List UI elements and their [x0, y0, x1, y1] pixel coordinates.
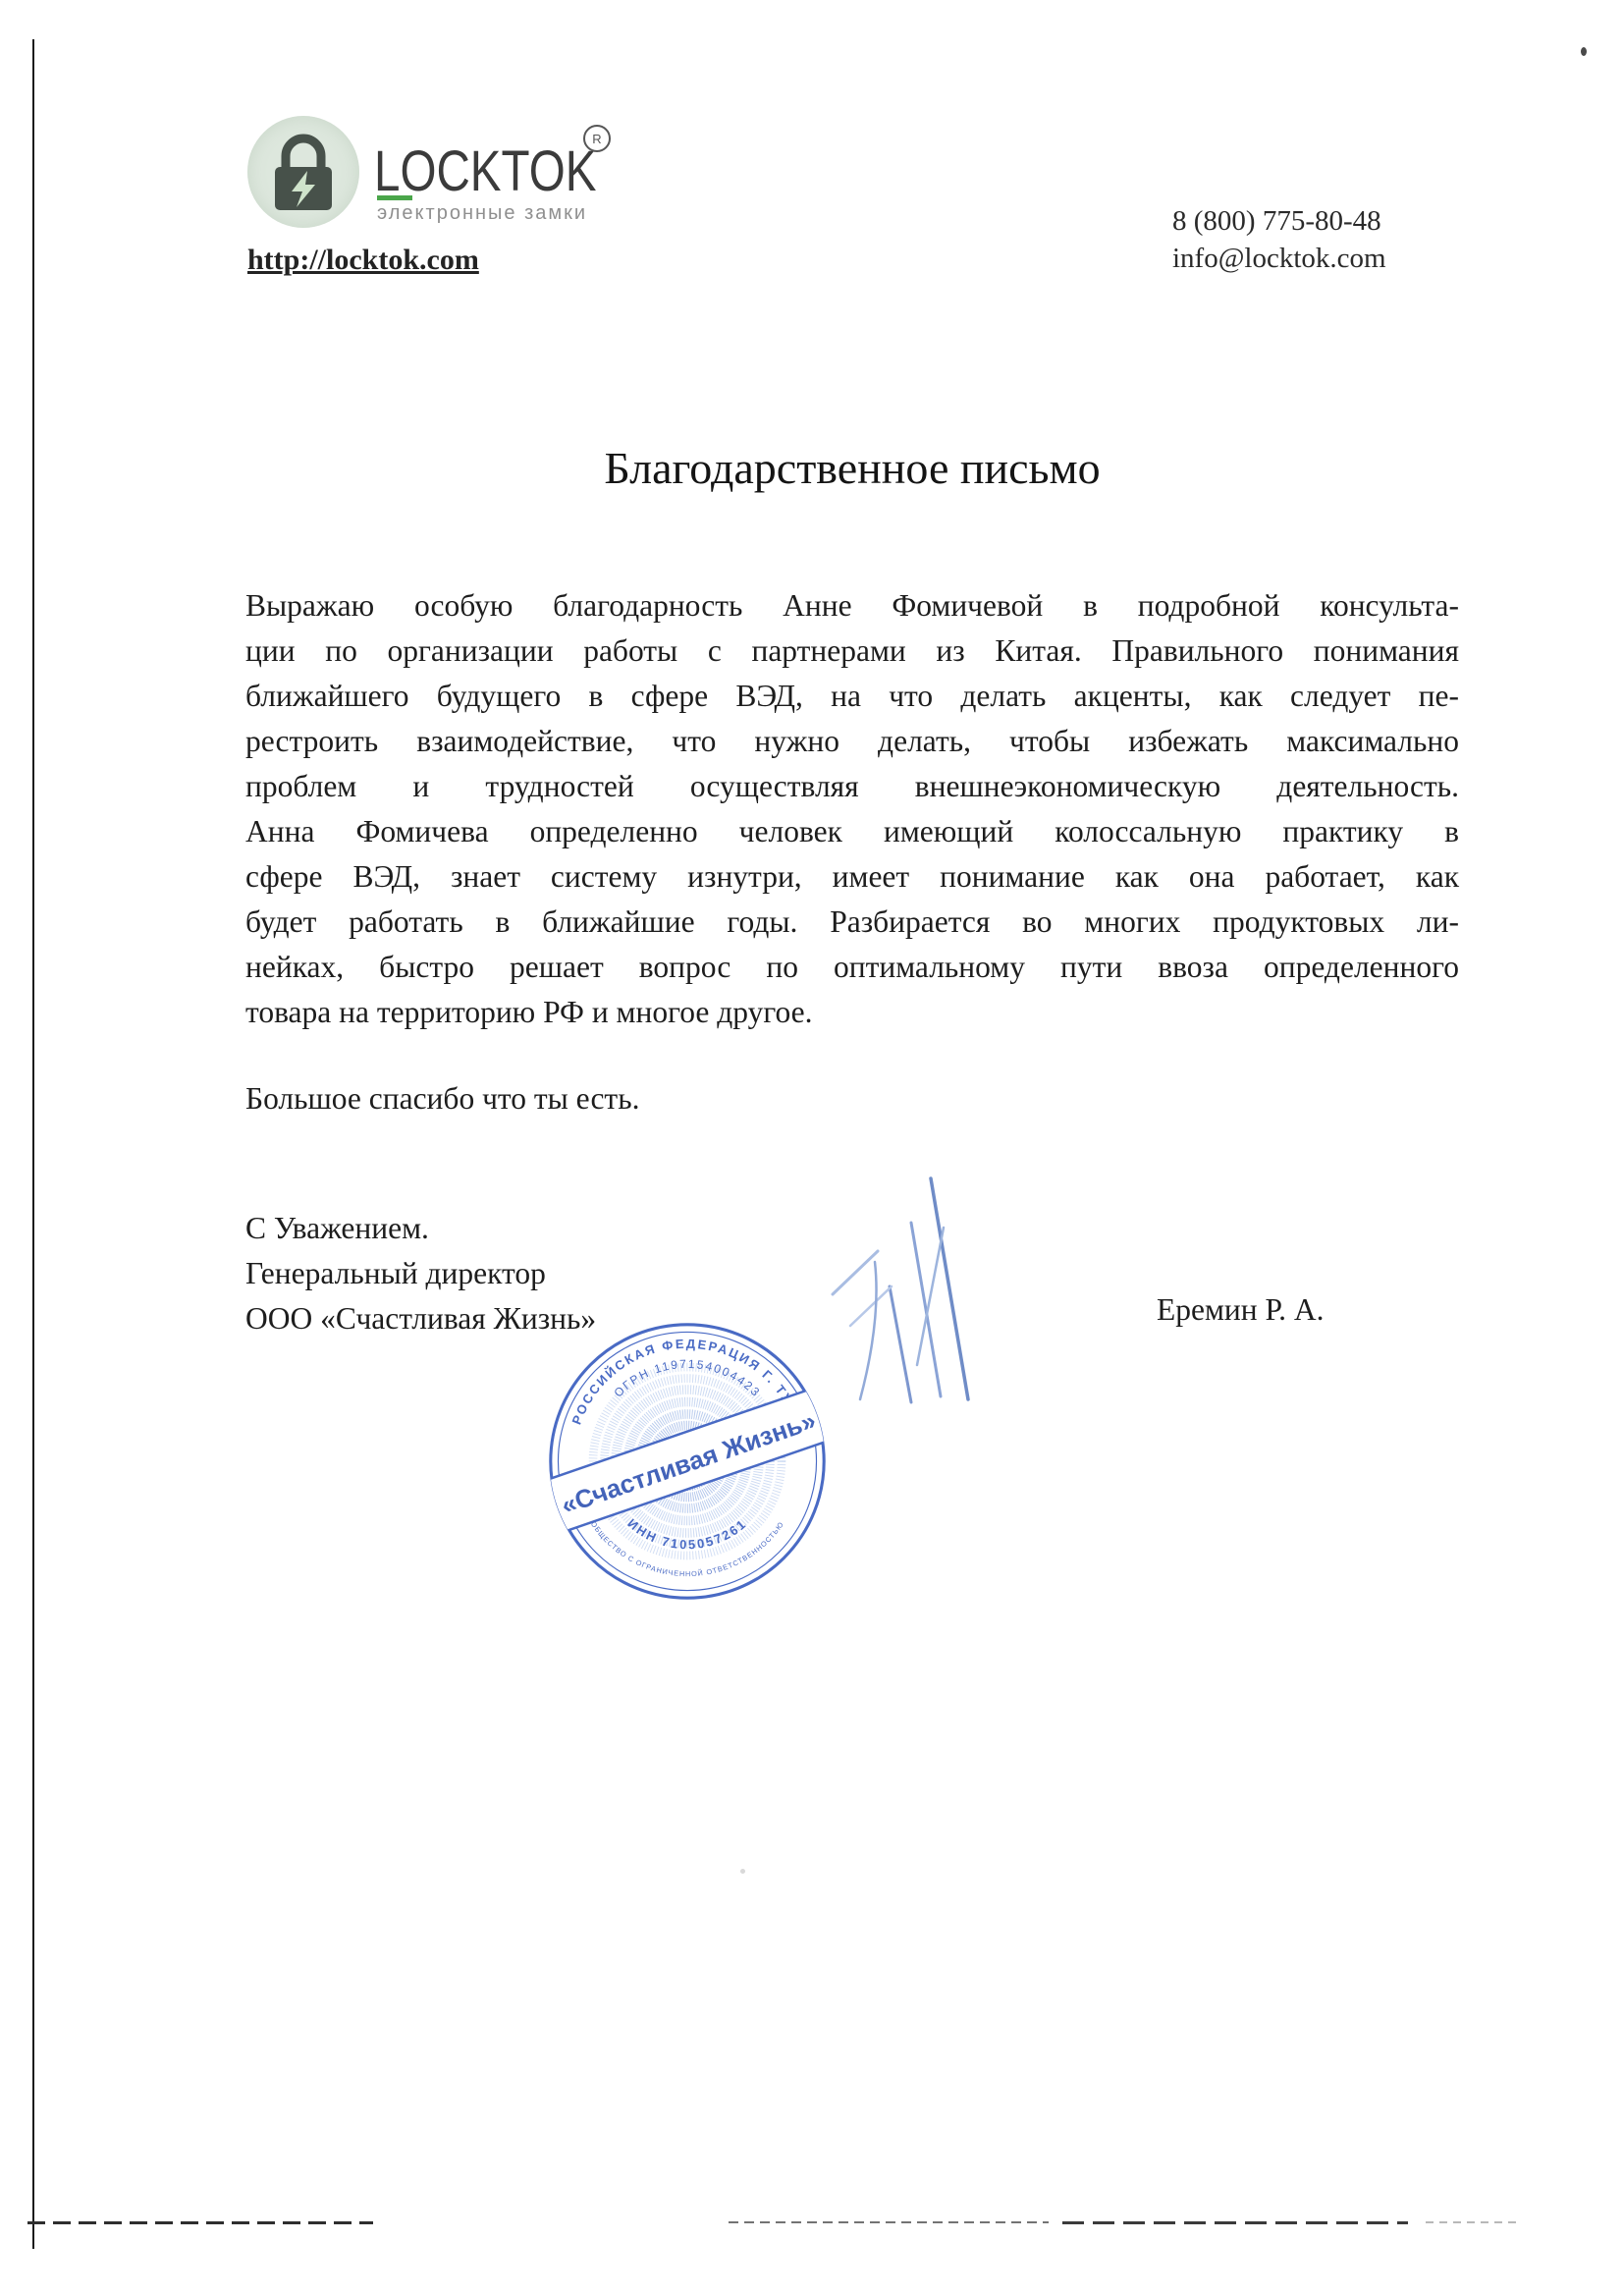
body-line: проблем и трудностей осуществляя внешнеэ…	[245, 764, 1459, 809]
body-line: рестроить взаимодействие, что нужно дела…	[245, 719, 1459, 764]
letter-title: Благодарственное письмо	[245, 442, 1459, 494]
body-line: Анна Фомичева определенно человек имеющи…	[245, 809, 1459, 854]
website-url: http://locktok.com	[247, 244, 479, 277]
phone-number: 8 (800) 775-80-48	[1172, 202, 1386, 240]
brand-name: LOCKTOK	[374, 143, 596, 200]
locktok-logo-badge	[247, 116, 359, 228]
closing-company: ООО «Счастливая Жизнь»	[245, 1296, 596, 1341]
scan-bottom-line	[1062, 2221, 1408, 2224]
scan-dot-artifact	[1581, 47, 1587, 56]
body-line: Выражаю особую благодарность Анне Фомиче…	[245, 583, 1459, 629]
body-line: сфере ВЭД, знает систему изнутри, имеет …	[245, 854, 1459, 900]
closing-regards: С Уважением.	[245, 1206, 596, 1251]
brand-tagline: электронные замки	[377, 202, 587, 225]
scan-bottom-line	[729, 2221, 1049, 2223]
signer-name: Еремин Р. А.	[1157, 1292, 1324, 1328]
body-line: ближайшего будущего в сфере ВЭД, на что …	[245, 674, 1459, 719]
body-line: ции по организации работы с партнерами и…	[245, 629, 1459, 674]
scan-bottom-line	[1426, 2221, 1516, 2223]
body-line: нейках, быстро решает вопрос по оптималь…	[245, 945, 1459, 990]
thanks-line: Большое спасибо что ты есть.	[245, 1081, 639, 1117]
closing-position: Генеральный директор	[245, 1251, 596, 1296]
registered-trademark-icon: R	[583, 125, 611, 152]
padlock-icon	[247, 116, 359, 228]
letter-body: Выражаю особую благодарность Анне Фомиче…	[245, 583, 1459, 1035]
email-address: info@locktok.com	[1172, 240, 1386, 277]
closing-block: С Уважением. Генеральный директор ООО «С…	[245, 1206, 596, 1341]
scan-edge-line	[32, 39, 34, 2249]
contact-block: 8 (800) 775-80-48 info@locktok.com	[1172, 202, 1386, 277]
body-line: будет работать в ближайшие годы. Разбира…	[245, 900, 1459, 945]
body-line: товара на территорию РФ и многое другое.	[245, 990, 1459, 1035]
brand-green-accent	[377, 195, 412, 200]
scan-bottom-line	[27, 2221, 373, 2224]
handwritten-signature	[821, 1169, 988, 1412]
company-stamp: РОССИЙСКАЯ ФЕДЕРАЦИЯ Г. ТУЛА ОГРН 119715…	[546, 1320, 829, 1603]
scanned-letter-page: LOCKTOK R электронные замки http://lockt…	[0, 0, 1623, 2296]
scan-speck-artifact	[740, 1869, 745, 1874]
